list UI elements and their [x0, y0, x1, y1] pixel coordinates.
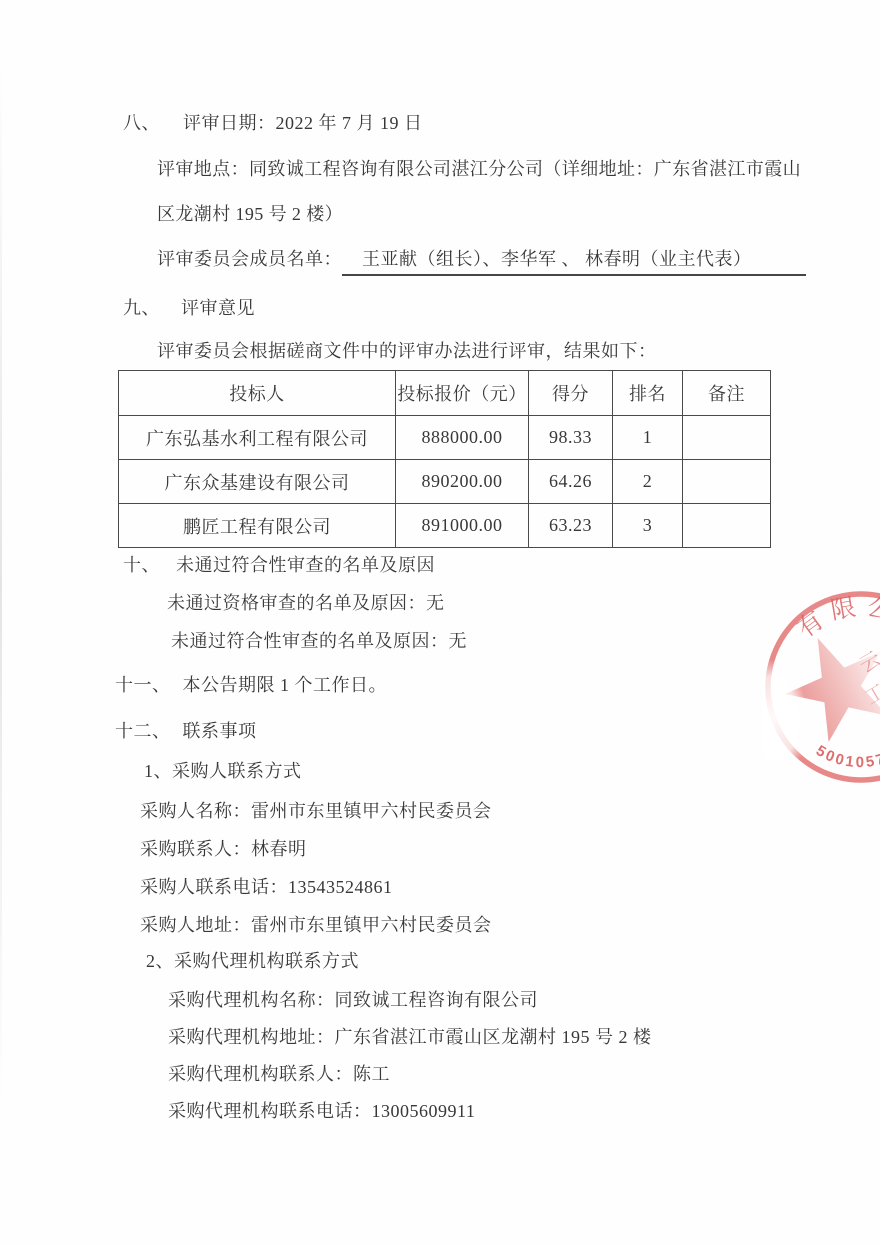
agency-name-line: 采购代理机构名称：同致诚工程咨询有限公司 — [168, 982, 652, 1019]
document-page: 八、评审日期：2022 年 7 月 19 日 评审地点：同致诚工程咨询有限公司湛… — [0, 0, 880, 1245]
agency-contact-heading: 2、采购代理机构联系方式 — [146, 948, 359, 974]
cell-score: 63.23 — [529, 504, 613, 548]
cell-bidder: 广东弘基水利工程有限公司 — [119, 416, 396, 460]
agency-address-line: 采购代理机构地址：广东省湛江市霞山区龙潮村 195 号 2 楼 — [168, 1019, 652, 1056]
header-rank: 排名 — [613, 371, 683, 416]
cell-rank: 3 — [613, 504, 683, 548]
qualification-review-line: 未通过资格审查的名单及原因：无 — [167, 590, 445, 616]
review-location-paragraph: 评审地点：同致诚工程咨询有限公司湛江分公司（详细地址：广东省湛江市霞山区龙潮村 … — [157, 147, 807, 237]
section-12-number: 十二、 — [115, 718, 171, 744]
section-9-title: 评审意见 — [181, 298, 255, 318]
purchaser-address-line: 采购人地址：雷州市东里镇甲六村民委员会 — [140, 906, 492, 944]
red-seal-stamp-icon: 有限公 云 工 50010571 — [762, 578, 880, 793]
section-10-number: 十、 — [123, 552, 160, 578]
table-header-row: 投标人 投标报价（元） 得分 排名 备注 — [119, 371, 771, 416]
agency-contact-person-line: 采购代理机构联系人：陈工 — [168, 1056, 652, 1093]
cell-rank: 1 — [613, 416, 683, 460]
cell-bidder: 广东众基建设有限公司 — [119, 460, 396, 504]
cell-score: 98.33 — [529, 416, 613, 460]
section-9-number: 九、 — [123, 295, 160, 321]
section-8-heading: 八、评审日期：2022 年 7 月 19 日 — [123, 110, 423, 136]
section-8-title: 评审日期：2022 年 7 月 19 日 — [183, 113, 423, 133]
cell-bid-price: 888000.00 — [396, 416, 529, 460]
table-row: 广东众基建设有限公司 890200.00 64.26 2 — [119, 460, 771, 504]
purchaser-name-line: 采购人名称：雷州市东里镇甲六村民委员会 — [140, 792, 492, 830]
section-11-number: 十一、 — [115, 672, 171, 698]
section-9-heading: 九、评审意见 — [123, 295, 255, 321]
agency-contact-block: 采购代理机构名称：同致诚工程咨询有限公司 采购代理机构地址：广东省湛江市霞山区龙… — [168, 982, 652, 1130]
header-score: 得分 — [529, 371, 613, 416]
cell-bid-price: 891000.00 — [396, 504, 529, 548]
section-10-heading: 十、未通过符合性审查的名单及原因 — [123, 552, 435, 578]
purchaser-contact-person-line: 采购联系人：林春明 — [140, 830, 492, 868]
cell-score: 64.26 — [529, 460, 613, 504]
section-10-title: 未通过符合性审查的名单及原因 — [176, 555, 435, 575]
cell-bidder: 鹏匠工程有限公司 — [119, 504, 396, 548]
review-intro-line: 评审委员会根据磋商文件中的评审办法进行评审，结果如下： — [157, 338, 657, 364]
bid-evaluation-table: 投标人 投标报价（元） 得分 排名 备注 广东弘基水利工程有限公司 888000… — [118, 370, 771, 548]
conformity-review-line: 未通过符合性审查的名单及原因：无 — [171, 628, 467, 654]
purchaser-phone-line: 采购人联系电话：13543524861 — [140, 868, 492, 906]
purchaser-contact-heading: 1、采购人联系方式 — [144, 758, 302, 784]
cell-remarks — [683, 504, 771, 548]
section-12-title: 联系事项 — [183, 721, 257, 741]
committee-line: 评审委员会成员名单：王亚献（组长）、李华军 、 林春明（业主代表） — [157, 246, 806, 276]
table-row: 鹏匠工程有限公司 891000.00 63.23 3 — [119, 504, 771, 548]
cell-bid-price: 890200.00 — [396, 460, 529, 504]
cell-remarks — [683, 460, 771, 504]
header-bidder: 投标人 — [119, 371, 396, 416]
table-row: 广东弘基水利工程有限公司 888000.00 98.33 1 — [119, 416, 771, 460]
header-bid-price: 投标报价（元） — [396, 371, 529, 416]
cell-remarks — [683, 416, 771, 460]
agency-phone-line: 采购代理机构联系电话：13005609911 — [168, 1093, 652, 1130]
section-8-number: 八、 — [123, 110, 160, 136]
section-11-title: 本公告期限 1 个工作日。 — [183, 675, 388, 695]
section-12-heading: 十二、联系事项 — [115, 718, 257, 744]
section-11-heading: 十一、本公告期限 1 个工作日。 — [115, 672, 387, 698]
cell-rank: 2 — [613, 460, 683, 504]
committee-label: 评审委员会成员名单： — [157, 249, 342, 269]
committee-members: 王亚献（组长）、李华军 、 林春明（业主代表） — [342, 246, 806, 276]
header-remarks: 备注 — [683, 371, 771, 416]
purchaser-contact-block: 采购人名称：雷州市东里镇甲六村民委员会 采购联系人：林春明 采购人联系电话：13… — [140, 792, 492, 944]
